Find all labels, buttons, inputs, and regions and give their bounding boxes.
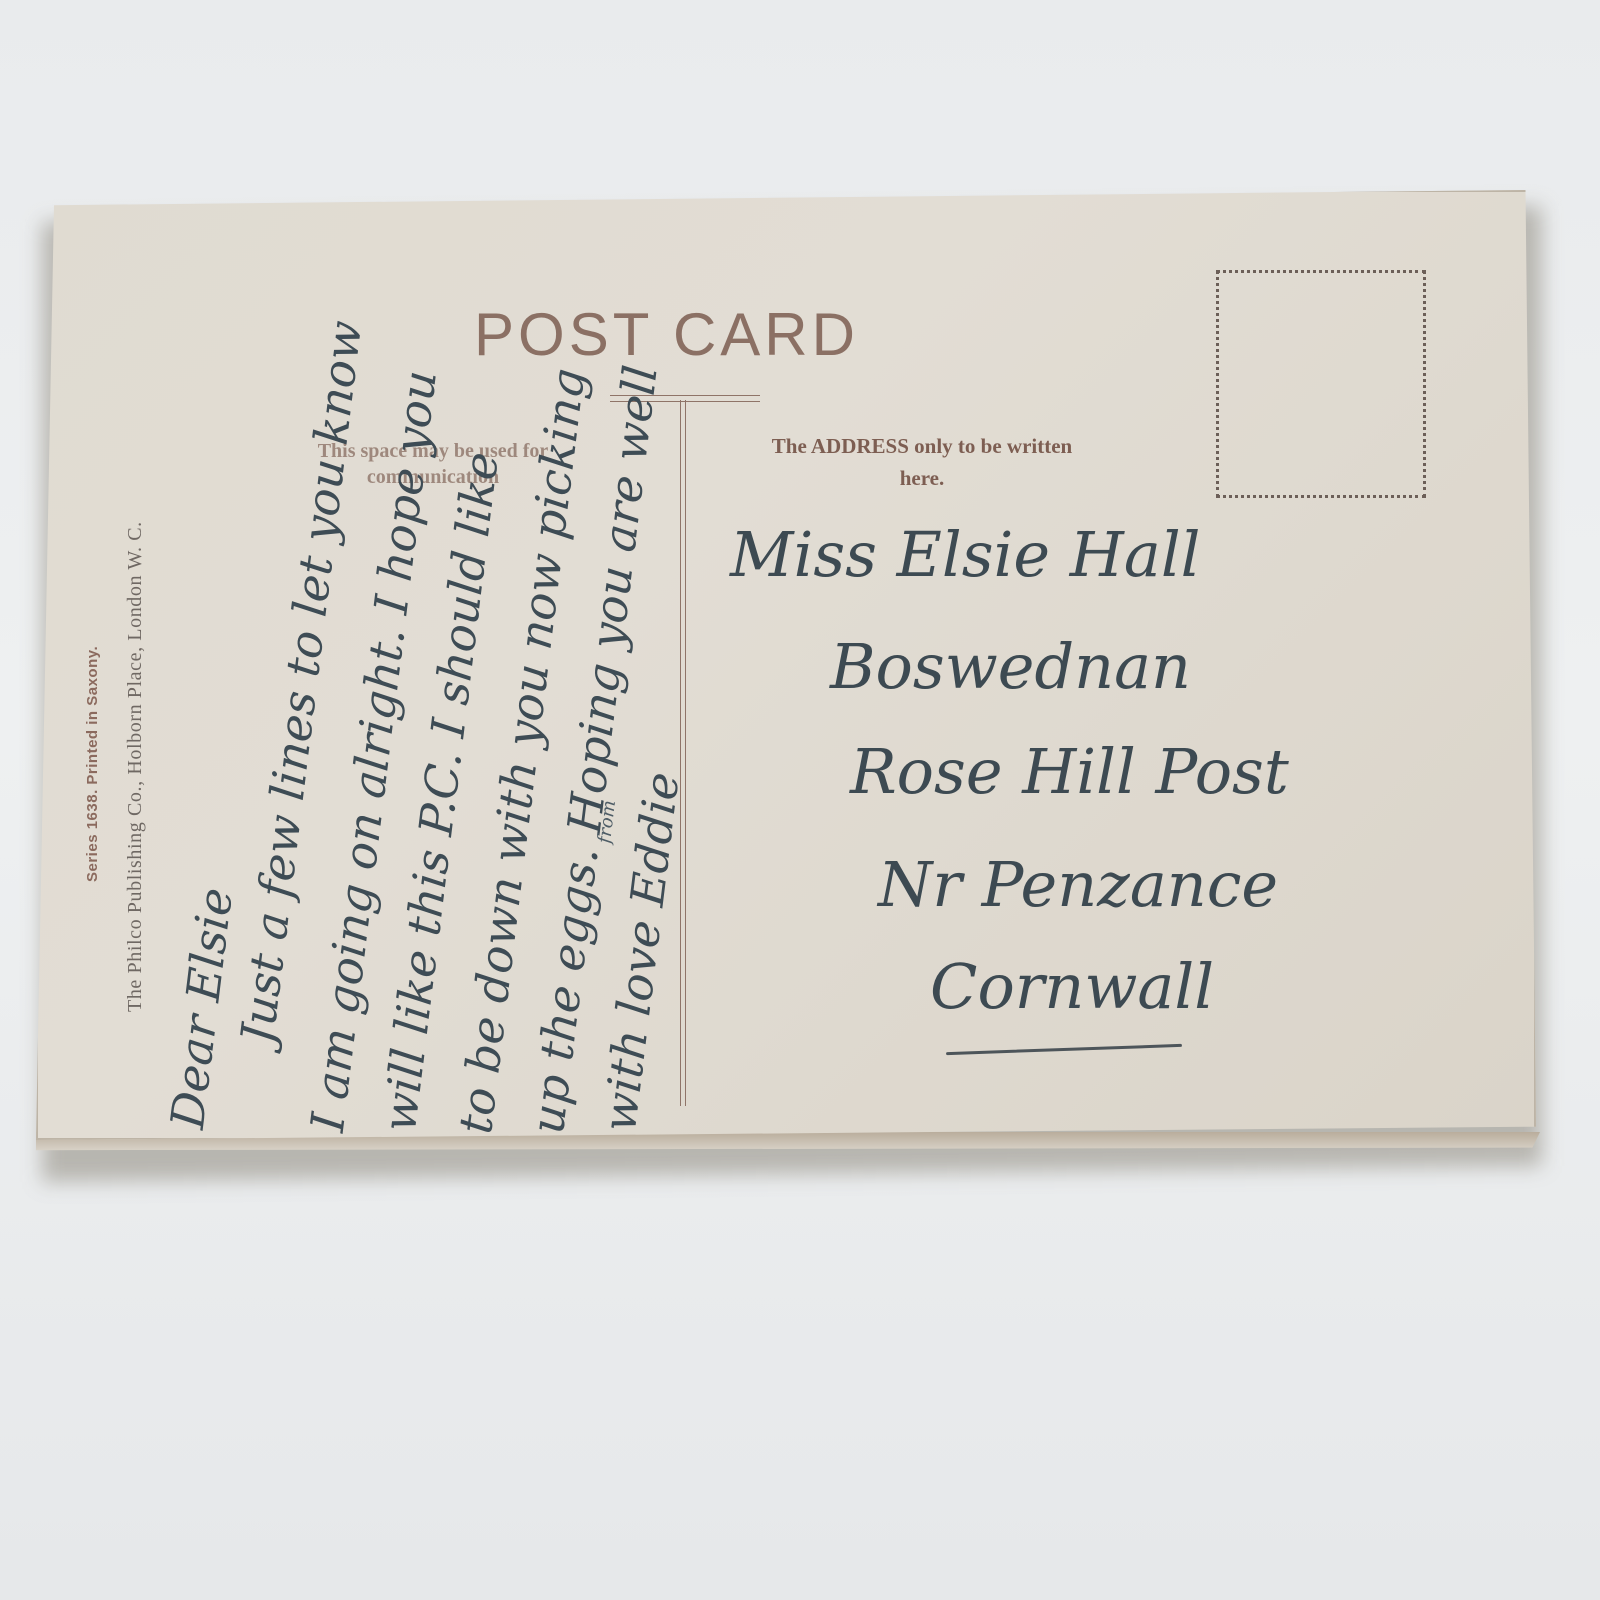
postcard-heading: POST CARD <box>474 300 859 369</box>
publisher-line: The Philco Publishing Co., Holborn Place… <box>124 521 147 1012</box>
address-line-post: Rose Hill Post <box>850 735 1289 808</box>
address-line-name: Miss Elsie Hall <box>730 518 1200 591</box>
divider-vertical-rule <box>680 400 686 1106</box>
address-line-county: Cornwall <box>930 950 1214 1023</box>
stamp-box <box>1216 270 1426 498</box>
address-line-house: Boswednan <box>830 630 1191 703</box>
address-line-town: Nr Penzance <box>878 848 1278 921</box>
series-line: Series 1638. Printed in Saxony. <box>84 646 101 882</box>
address-area-label: The ADDRESS only to be written here. <box>752 430 1092 494</box>
